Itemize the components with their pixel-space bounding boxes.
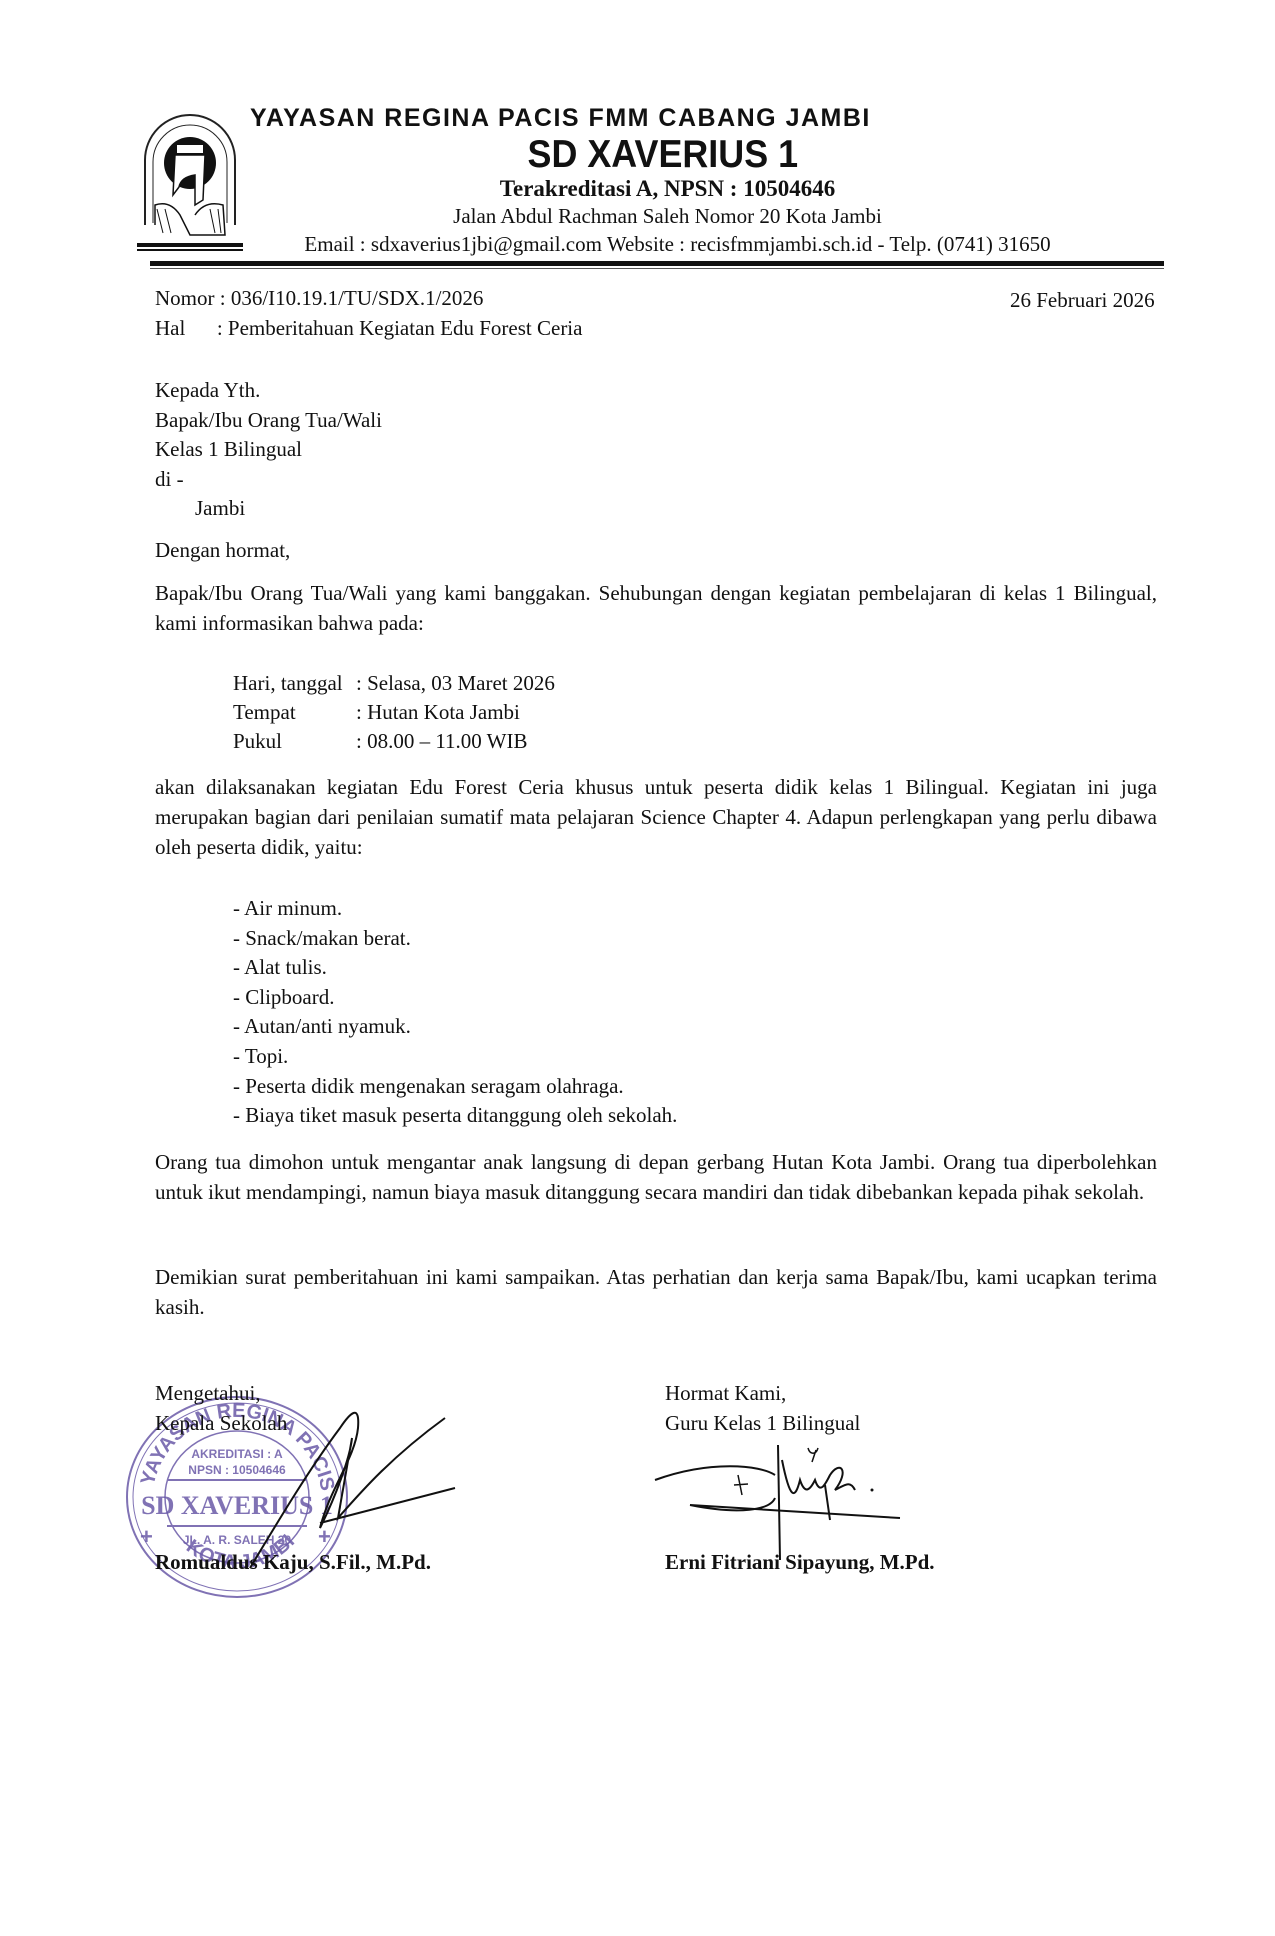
letter-date: 26 Februari 2026 bbox=[1010, 285, 1155, 315]
principal-signature-icon bbox=[240, 1398, 480, 1568]
detail-key: Tempat bbox=[233, 697, 356, 727]
school-name: SD XAVERIUS 1 bbox=[51, 133, 1224, 177]
detail-value: : Selasa, 03 Maret 2026 bbox=[356, 671, 555, 695]
svg-text:+: + bbox=[140, 1524, 153, 1549]
detail-value: : 08.00 – 11.00 WIB bbox=[356, 729, 528, 753]
detail-row-place: Tempat: Hutan Kota Jambi bbox=[233, 697, 520, 727]
contact-line: Email : sdxaverius1jbi@gmail.com Website… bbox=[0, 232, 1275, 257]
greeting: Dengan hormat, bbox=[155, 535, 290, 565]
teacher-title: Guru Kelas 1 Bilingual bbox=[665, 1408, 860, 1438]
header-rule-thin bbox=[150, 268, 1164, 269]
paragraph-parents: Orang tua dimohon untuk mengantar anak l… bbox=[155, 1147, 1157, 1207]
list-item: - Air minum. bbox=[233, 893, 677, 923]
list-item: - Alat tulis. bbox=[233, 952, 677, 982]
paragraph-intro: Bapak/Ibu Orang Tua/Wali yang kami bangg… bbox=[155, 578, 1157, 638]
recipient-city: Jambi bbox=[155, 493, 382, 523]
detail-row-date: Hari, tanggal: Selasa, 03 Maret 2026 bbox=[233, 668, 555, 698]
detail-key: Hari, tanggal bbox=[233, 668, 356, 698]
list-item: - Peserta didik mengenakan seragam olahr… bbox=[233, 1071, 677, 1101]
letter-number: Nomor : 036/I10.19.1/TU/SDX.1/2026 bbox=[155, 283, 483, 313]
accreditation-line: Terakreditasi A, NPSN : 10504646 bbox=[0, 176, 1275, 202]
recipient-line: Bapak/Ibu Orang Tua/Wali bbox=[155, 405, 382, 435]
equipment-list: - Air minum. - Snack/makan berat. - Alat… bbox=[233, 893, 677, 1130]
recipient-line: di - bbox=[155, 464, 382, 494]
recipient-block: Kepada Yth. Bapak/Ibu Orang Tua/Wali Kel… bbox=[155, 375, 382, 523]
teacher-signature-icon bbox=[650, 1440, 960, 1570]
paragraph-activity: akan dilaksanakan kegiatan Edu Forest Ce… bbox=[155, 772, 1157, 862]
right-signature-block: Hormat Kami, Guru Kelas 1 Bilingual bbox=[665, 1378, 860, 1438]
list-item: - Biaya tiket masuk peserta ditanggung o… bbox=[233, 1100, 677, 1130]
foundation-name: YAYASAN REGINA PACIS FMM CABANG JAMBI bbox=[250, 104, 1150, 133]
regards-label: Hormat Kami, bbox=[665, 1378, 860, 1408]
paragraph-closing: Demikian surat pemberitahuan ini kami sa… bbox=[155, 1262, 1157, 1322]
recipient-line: Kelas 1 Bilingual bbox=[155, 434, 382, 464]
list-item: - Topi. bbox=[233, 1041, 677, 1071]
letter-subject: Hal : Pemberitahuan Kegiatan Edu Forest … bbox=[155, 313, 582, 343]
detail-value: : Hutan Kota Jambi bbox=[356, 700, 520, 724]
detail-key: Pukul bbox=[233, 726, 356, 756]
list-item: - Clipboard. bbox=[233, 982, 677, 1012]
detail-row-time: Pukul: 08.00 – 11.00 WIB bbox=[233, 726, 528, 756]
list-item: - Autan/anti nyamuk. bbox=[233, 1011, 677, 1041]
recipient-line: Kepada Yth. bbox=[155, 375, 382, 405]
address-line: Jalan Abdul Rachman Saleh Nomor 20 Kota … bbox=[0, 204, 1275, 229]
list-item: - Snack/makan berat. bbox=[233, 923, 677, 953]
header-rule-thick bbox=[150, 261, 1164, 266]
